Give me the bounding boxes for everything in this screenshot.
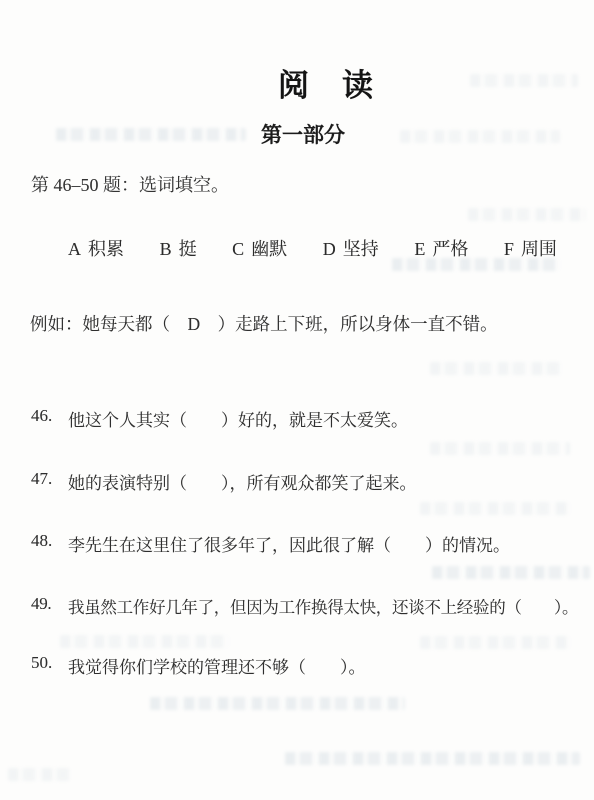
word-option-d: D坚持 — [323, 235, 379, 261]
bleedthrough-artifact — [60, 635, 230, 648]
option-letter: E — [414, 239, 425, 259]
section-title: 第一部分 — [261, 119, 345, 149]
option-letter: C — [232, 239, 244, 259]
word-option-c: C幽默 — [232, 235, 287, 261]
question-50: 50. 我觉得你们学校的管理还不够（ ）。 — [31, 653, 366, 678]
option-word: 幽默 — [251, 239, 287, 259]
example-pre-text: 她每天都（ — [83, 314, 188, 334]
word-option-e: E严格 — [414, 235, 468, 261]
question-49: 49. 我虽然工作好几年了，但因为工作换得太快，还谈不上经验的（ ）。 — [31, 594, 578, 618]
bleedthrough-artifact — [420, 502, 570, 515]
option-letter: F — [504, 239, 514, 259]
bleedthrough-artifact — [285, 752, 580, 765]
question-text: 他这个人其实（ ）好的，就是不太爱笑。 — [68, 406, 408, 431]
bleedthrough-artifact — [8, 768, 70, 781]
bleedthrough-artifact — [468, 208, 586, 221]
question-number: 47. — [31, 469, 68, 494]
bleedthrough-artifact — [470, 74, 578, 87]
bleedthrough-artifact — [432, 566, 590, 579]
question-number: 48. — [31, 531, 68, 556]
question-text: 我虽然工作好几年了，但因为工作换得太快，还谈不上经验的（ ）。 — [68, 594, 578, 618]
option-word: 周围 — [521, 239, 557, 259]
bleedthrough-artifact — [56, 128, 246, 141]
word-option-f: F周围 — [504, 235, 557, 261]
task-instruction: 第 46–50 题：选词填空。 — [31, 171, 229, 197]
option-letter: D — [323, 239, 336, 259]
option-word: 挺 — [179, 239, 197, 259]
option-word: 严格 — [432, 239, 468, 259]
example-sentence: 例如：她每天都（ D ）走路上下班，所以身体一直不错。 — [30, 311, 498, 336]
question-text: 我觉得你们学校的管理还不够（ ）。 — [68, 653, 366, 678]
question-47: 47. 她的表演特别（ ），所有观众都笑了起来。 — [31, 469, 417, 494]
option-word: 积累 — [88, 239, 124, 259]
word-option-a: A积累 — [68, 235, 124, 261]
word-bank: A积累 B挺 C幽默 D坚持 E严格 F周围 — [68, 235, 557, 261]
example-label: 例如： — [30, 314, 83, 334]
question-number: 46. — [31, 406, 68, 431]
option-letter: B — [160, 239, 172, 259]
example-post-text: ）走路上下班，所以身体一直不错。 — [200, 314, 498, 334]
question-48: 48. 李先生在这里住了很多年了，因此很了解（ ）的情况。 — [31, 531, 510, 556]
question-number: 50. — [31, 653, 68, 678]
question-number: 49. — [31, 594, 68, 618]
bleedthrough-artifact — [400, 130, 560, 143]
option-letter: A — [68, 239, 81, 259]
question-text: 李先生在这里住了很多年了，因此很了解（ ）的情况。 — [68, 531, 510, 556]
bleedthrough-artifact — [430, 362, 562, 375]
scanned-test-page: 阅 读 第一部分 第 46–50 题：选词填空。 A积累 B挺 C幽默 D坚持 … — [0, 0, 594, 800]
question-text: 她的表演特别（ ），所有观众都笑了起来。 — [68, 469, 417, 494]
page-title: 阅 读 — [278, 60, 374, 105]
example-answer: D — [188, 314, 201, 334]
word-option-b: B挺 — [160, 235, 197, 261]
bleedthrough-artifact — [150, 697, 405, 710]
bleedthrough-artifact — [430, 442, 570, 455]
question-46: 46. 他这个人其实（ ）好的，就是不太爱笑。 — [31, 406, 408, 431]
bleedthrough-artifact — [420, 636, 570, 649]
option-word: 坚持 — [343, 239, 379, 259]
